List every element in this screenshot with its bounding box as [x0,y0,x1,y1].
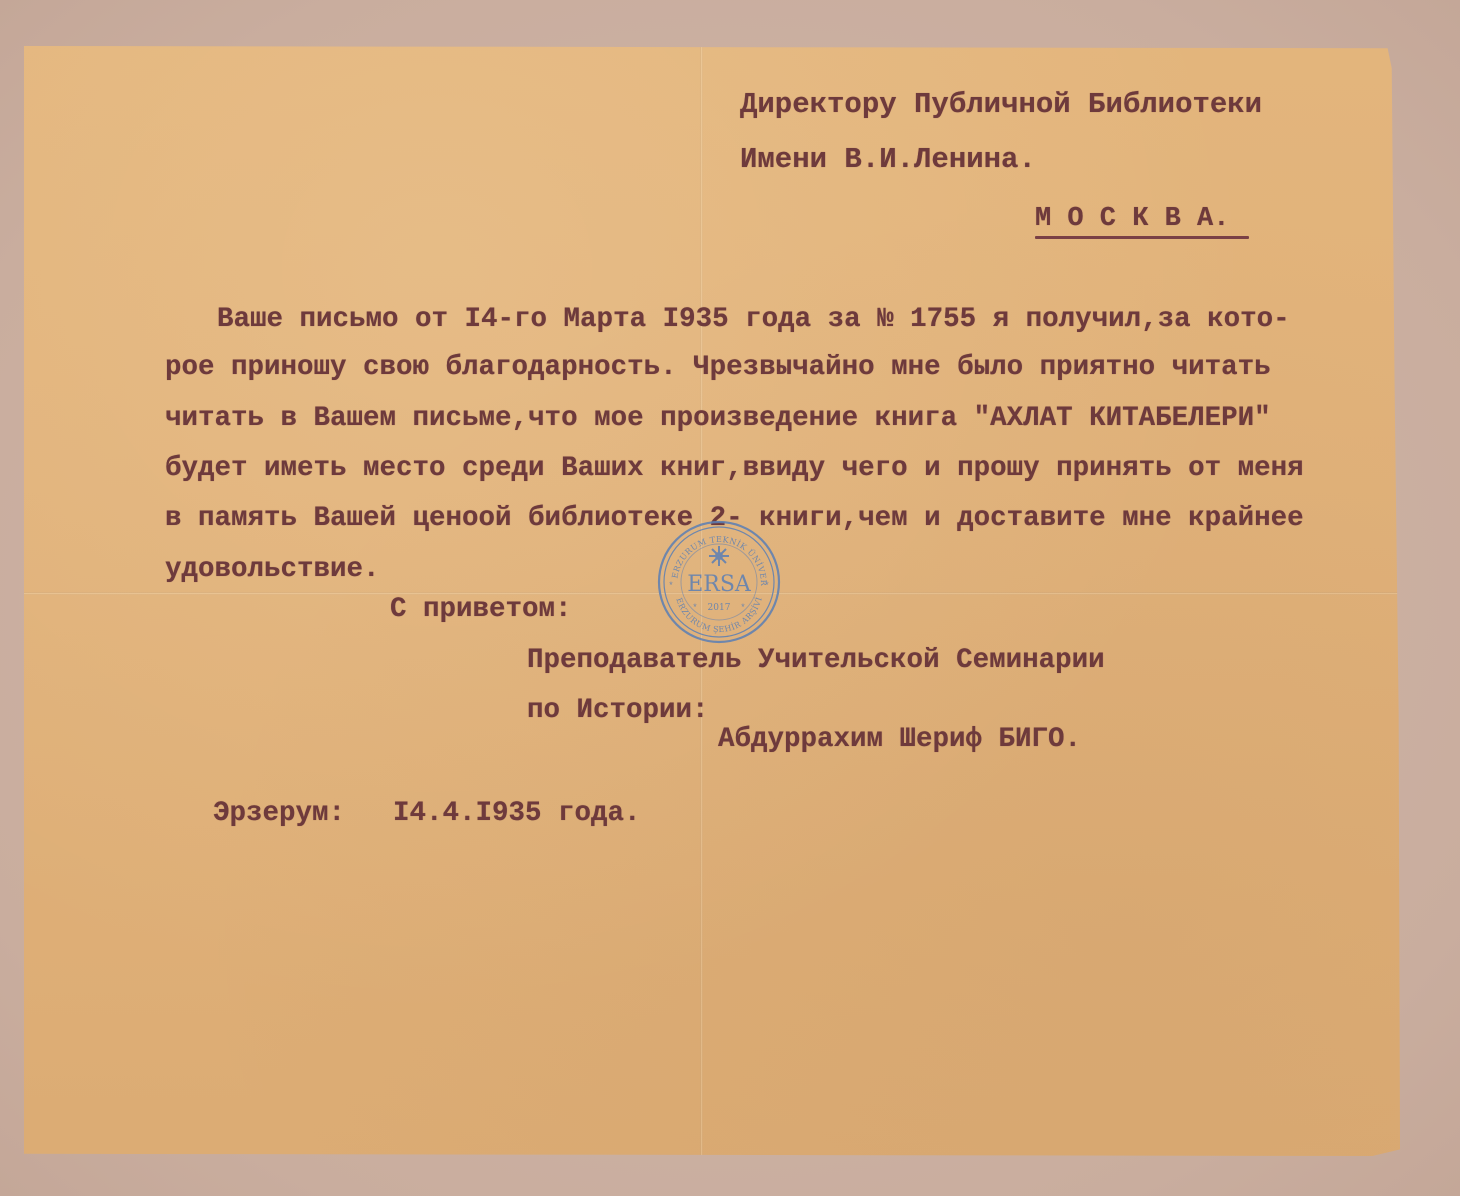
signature-title-line-1: Преподаватель Учительской Семинарии [527,647,1105,675]
addressee-city: М О С К В А. [1035,206,1229,233]
signature-name: Абдуррахим Шериф БИГО. [718,726,1081,754]
svg-text:*: * [740,603,745,613]
body-line-1: Ваше письмо от I4-го Марта I935 года за … [217,306,1290,334]
signature-title-line-2: по Истории: [527,697,709,725]
body-line-6: удовольствие. [165,556,380,584]
svg-text:*: * [692,603,697,613]
svg-text:*: * [668,581,673,591]
archive-stamp: ERZURUM TEKNİK ÜNİVERSİTESİ ERZURUM ŞEHİ… [655,518,783,646]
closing-greeting: С приветом: [390,596,572,624]
stamp-center-text: ERSA [687,572,752,597]
svg-text:ERZURUM ŞEHİR ARŞİVİ: ERZURUM ŞEHİR ARŞİVİ [674,596,764,634]
stamp-seal-icon: ERZURUM TEKNİK ÜNİVERSİTESİ ERZURUM ŞEHİ… [655,518,783,646]
flower-icon [709,546,729,566]
place-label: Эрзерум: [213,800,345,828]
body-line-4: будет иметь место среди Ваших книг,ввиду… [165,455,1304,483]
body-line-2: рое приношу свою благодарность. Чрезвыча… [165,354,1271,382]
addressee-line-2: Имени В.И.Ленина. [740,145,1036,174]
letter-date: I4.4.I935 года. [393,800,641,828]
addressee-line-1: Директору Публичной Библиотеки [740,90,1262,119]
city-underline [1035,236,1249,239]
stamp-year: 2017 [708,603,731,613]
svg-text:*: * [764,581,769,591]
body-line-3: читать в Вашем письме,что мое произведен… [165,405,1271,433]
